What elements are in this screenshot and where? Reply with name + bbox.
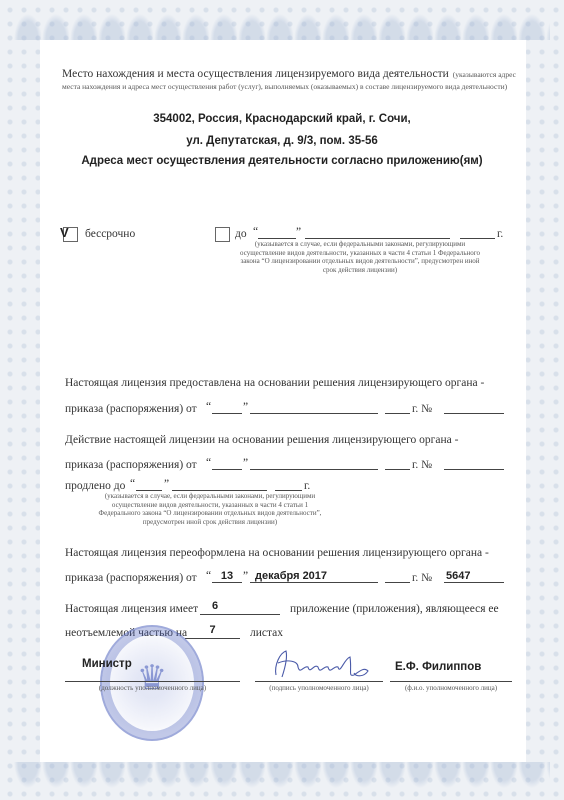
appendix-sheets-label: листах (250, 627, 283, 639)
reissued-year-suffix: г. № (412, 572, 432, 584)
reissued-text: Настоящая лицензия переоформлена на осно… (65, 547, 489, 559)
granted-day-field[interactable] (212, 413, 242, 414)
reissued-month-value: декабря 2017 (255, 570, 327, 582)
address-line-3: Адреса мест осуществления деятельности с… (0, 155, 564, 167)
signatory-name: Е.Ф. Филиппов (395, 661, 481, 673)
granted-text: Настоящая лицензия предоставлена на осно… (65, 377, 484, 389)
location-heading: Место нахождения и места осуществления л… (62, 68, 449, 80)
reissued-day-field[interactable] (212, 582, 242, 583)
position-field (65, 681, 240, 682)
reissued-month-field[interactable] (250, 582, 378, 583)
extended-until-year-suffix: г. (304, 480, 310, 492)
extended-until-label: продлено до (65, 480, 125, 492)
address-line-1: 354002, Россия, Краснодарский край, г. С… (0, 113, 564, 125)
granted-month-field[interactable] (250, 413, 378, 414)
position-label: (должность уполномоченного лица) (65, 684, 240, 692)
address-line-2: ул. Депутатская, д. 9/3, пом. 35-56 (0, 135, 564, 147)
extended-until-year-field[interactable] (275, 490, 302, 491)
position-value: Министр (82, 658, 132, 670)
until-year-suffix: г. (497, 228, 503, 240)
check-mark-icon: V (60, 225, 69, 240)
reissued-number-value: 5647 (446, 570, 470, 582)
appendix-sheets-value: 7 (185, 624, 240, 636)
until-year-field[interactable] (460, 238, 495, 239)
term-note: (указывается в случае, если федеральными… (240, 240, 480, 274)
signature-image (268, 645, 378, 685)
reissued-number-field[interactable] (444, 582, 504, 583)
until-day-field[interactable] (258, 238, 296, 239)
extended-text: Действие настоящей лицензии на основании… (65, 434, 458, 446)
appendix-sheets-field[interactable] (185, 638, 240, 639)
name-field (390, 681, 512, 682)
reissued-year-field[interactable] (385, 582, 410, 583)
indefinite-label: бессрочно (85, 228, 135, 240)
appendix-text-before: Настоящая лицензия имеет (65, 603, 198, 615)
appendix-count-value: 6 (200, 600, 230, 612)
until-month-field[interactable] (305, 238, 450, 239)
extended-day-field[interactable] (212, 469, 242, 470)
border-ornament-top (14, 14, 550, 40)
extended-month-field[interactable] (250, 469, 378, 470)
extended-note: (указывается в случае, если федеральными… (95, 492, 325, 526)
granted-year-field[interactable] (385, 413, 410, 414)
location-heading-block: Место нахождения и места осуществления л… (62, 68, 522, 92)
appendix-text-after: приложение (приложения), являющееся ее (290, 603, 499, 615)
close-quote: ” (296, 226, 301, 238)
granted-number-field[interactable] (444, 413, 504, 414)
official-seal: ♛ (100, 625, 204, 741)
granted-year-suffix: г. № (412, 403, 432, 415)
name-label: (ф.и.о. уполномоченного лица) (390, 684, 512, 692)
border-ornament-bottom (14, 762, 550, 788)
extended-until-day-field[interactable] (136, 490, 162, 491)
extended-year-suffix: г. № (412, 459, 432, 471)
double-headed-eagle-icon: ♛ (134, 657, 170, 701)
extended-order-prefix: приказа (распоряжения) от (65, 459, 197, 471)
extended-number-field[interactable] (444, 469, 504, 470)
granted-order-prefix: приказа (распоряжения) от (65, 403, 197, 415)
signature-field (255, 681, 383, 682)
open-quote: “ (253, 226, 258, 238)
extended-year-field[interactable] (385, 469, 410, 470)
extended-until-month-field[interactable] (172, 490, 267, 491)
appendix-count-field[interactable] (200, 614, 280, 615)
until-label: до (235, 228, 247, 240)
until-date-checkbox[interactable] (215, 227, 230, 242)
signature-label: (подпись уполномоченного лица) (255, 684, 383, 692)
reissued-day-value: 13 (212, 570, 242, 582)
reissued-order-prefix: приказа (распоряжения) от (65, 572, 197, 584)
